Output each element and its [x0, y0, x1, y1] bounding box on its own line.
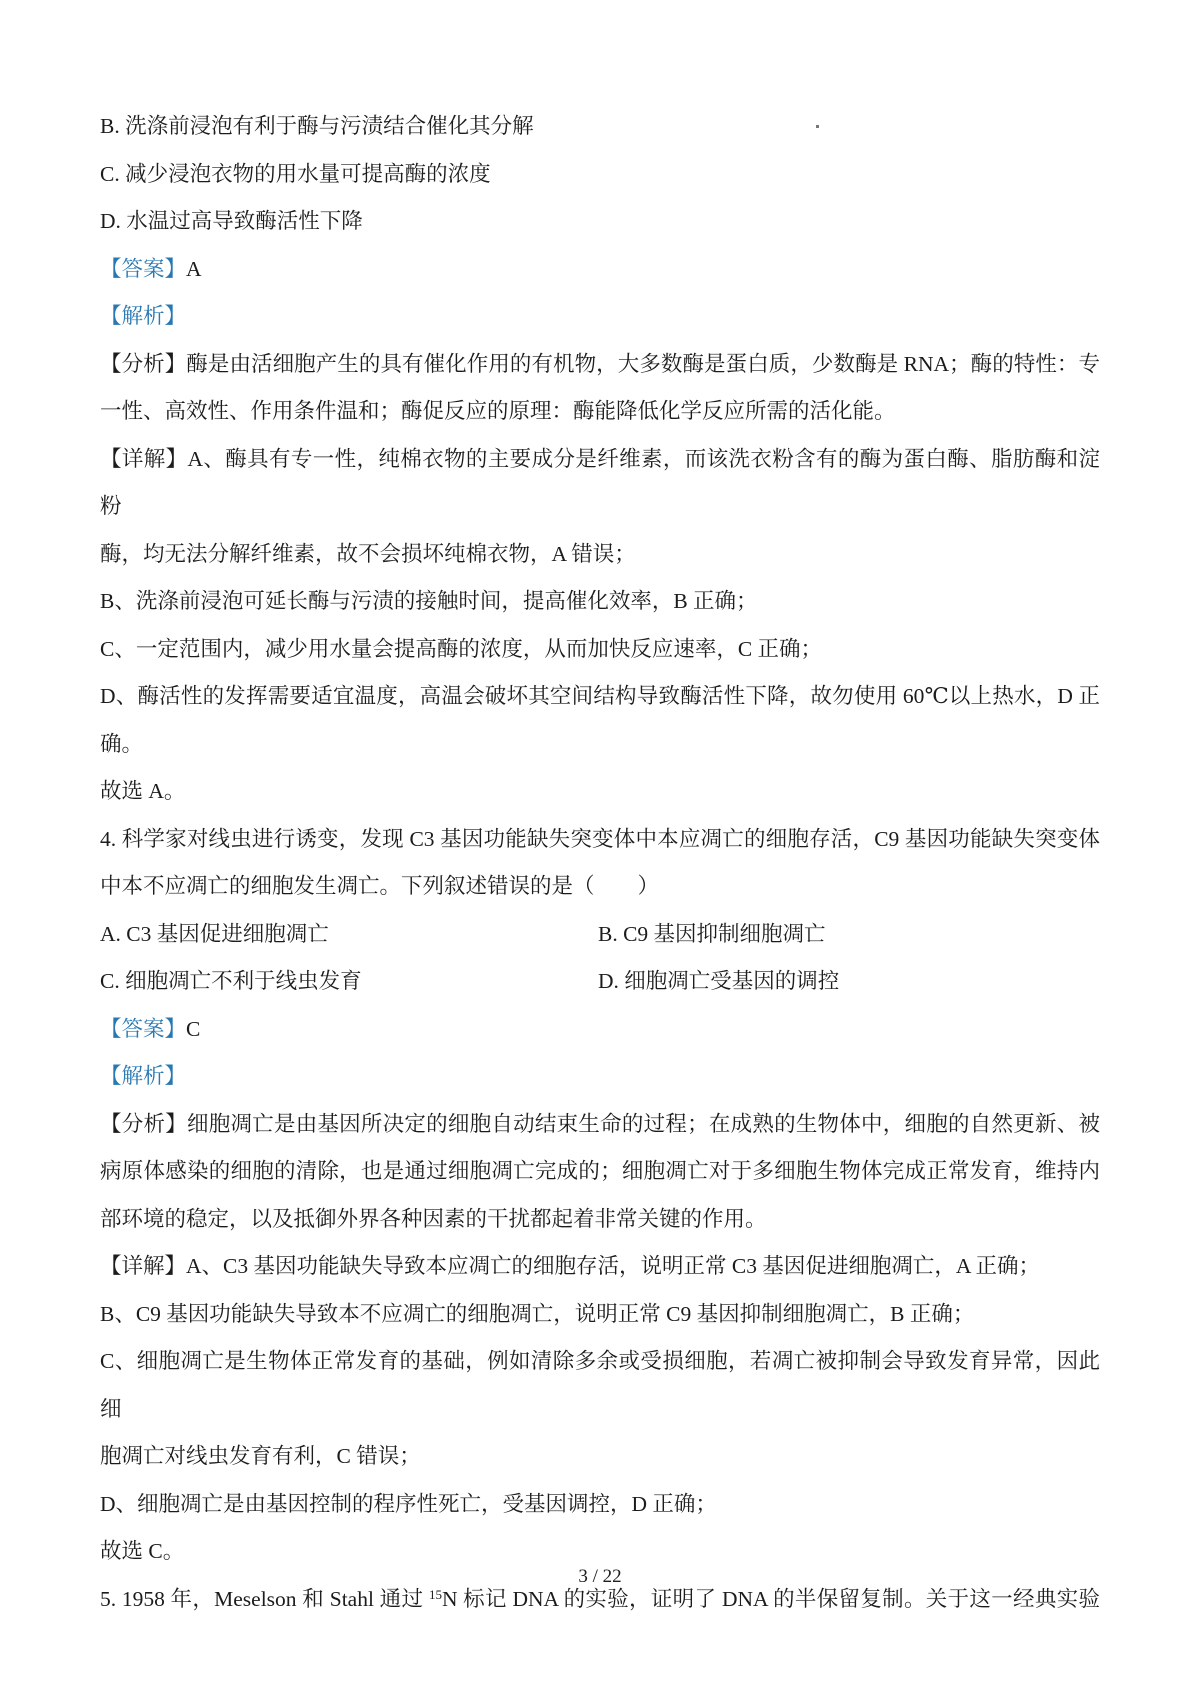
q3-detail-option-c: C、一定范围内，减少用水量会提高酶的浓度，从而加快反应速率，C 正确；	[100, 626, 1100, 674]
q4-option-b: B. C9 基因抑制细胞凋亡	[598, 911, 826, 959]
q3-detail-line-1: 【详解】A、酶具有专一性，纯棉衣物的主要成分是纤维素，而该洗衣粉含有的酶为蛋白酶…	[100, 436, 1100, 531]
q4-analysis-line-1: 【分析】细胞凋亡是由基因所决定的细胞自动结束生命的过程；在成熟的生物体中，细胞的…	[100, 1101, 1100, 1149]
q4-answer: 【答案】C	[100, 1006, 1100, 1054]
text-segment: 【分析】细胞凋亡是由基因所决定的细胞自动结束生命的过程；在成熟的生物体中，细胞的…	[100, 1112, 1100, 1136]
text-segment: B、洗涤前浸泡可延长酶与污渍的接触时间，提高催化效率，B 正确；	[100, 589, 758, 613]
q4-detail-option-b: B、C9 基因功能缺失导致本不应凋亡的细胞凋亡，说明正常 C9 基因抑制细胞凋亡…	[100, 1291, 1100, 1339]
q4-options-row-1: A. C3 基因促进细胞凋亡B. C9 基因抑制细胞凋亡	[100, 911, 1100, 959]
q4-analysis-line-2: 病原体感染的细胞的清除，也是通过细胞凋亡完成的；细胞凋亡对于多细胞生物体完成正常…	[100, 1148, 1100, 1196]
text-segment: D、细胞凋亡是由基因控制的程序性死亡，受基因调控，D 正确；	[100, 1492, 717, 1516]
text-segment: 中本不应凋亡的细胞发生凋亡。下列叙述错误的是（ ）	[100, 874, 659, 898]
q4-analysis-line-3: 部环境的稳定，以及抵御外界各种因素的干扰都起着非常关键的作用。	[100, 1196, 1100, 1244]
q4-jiexi-label: 【解析】	[100, 1053, 1100, 1101]
page-number: 3 / 22	[0, 1566, 1200, 1588]
text-segment: 一性、高效性、作用条件温和；酶促反应的原理：酶能降低化学反应所需的活化能。	[100, 399, 896, 423]
q3-conclusion: 故选 A。	[100, 768, 1100, 816]
q4-detail-option-a: 【详解】A、C3 基因功能缺失导致本应凋亡的细胞存活，说明正常 C3 基因促进细…	[100, 1243, 1100, 1291]
q4-stem-line-1: 4. 科学家对线虫进行诱变，发现 C3 基因功能缺失突变体中本应凋亡的细胞存活，…	[100, 816, 1100, 864]
text-segment: 15	[429, 1587, 442, 1602]
text-segment: 故选 C。	[100, 1539, 184, 1563]
q4-option-a: A. C3 基因促进细胞凋亡	[100, 922, 329, 946]
text-segment: B. C9 基因抑制细胞凋亡	[598, 922, 826, 946]
q3-detail-line-2: 酶，均无法分解纤维素，故不会损坏纯棉衣物，A 错误；	[100, 531, 1100, 579]
q3-analysis-line-1: 【分析】酶是由活细胞产生的具有催化作用的有机物，大多数酶是蛋白质，少数酶是 RN…	[100, 341, 1100, 389]
q4-detail-option-c-line-1: C、细胞凋亡是生物体正常发育的基础，例如清除多余或受损细胞，若凋亡被抑制会导致发…	[100, 1338, 1100, 1433]
text-segment: 【详解】A、C3 基因功能缺失导致本应凋亡的细胞存活，说明正常 C3 基因促进细…	[100, 1254, 1040, 1278]
text-segment: 【解析】	[100, 304, 186, 328]
text-segment: 【解析】	[100, 1064, 186, 1088]
q4-option-c: C. 细胞凋亡不利于线虫发育	[100, 969, 362, 993]
text-segment: D、酶活性的发挥需要适宜温度，高温会破坏其空间结构导致酶活性下降，故勿使用 60…	[100, 684, 1100, 708]
text-segment: N 标记 DNA 的实验，证明了 DNA 的半保留复制。关于这一经典实验	[442, 1587, 1100, 1611]
text-segment: C、一定范围内，减少用水量会提高酶的浓度，从而加快反应速率，C 正确；	[100, 637, 822, 661]
q3-answer: 【答案】A	[100, 246, 1100, 294]
text-segment: C、细胞凋亡是生物体正常发育的基础，例如清除多余或受损细胞，若凋亡被抑制会导致发…	[100, 1349, 1100, 1421]
text-segment: 【答案】	[100, 1017, 186, 1041]
text-segment: 胞凋亡对线虫发育有利，C 错误；	[100, 1444, 421, 1468]
text-segment: D. 水温过高导致酶活性下降	[100, 209, 363, 233]
document-body: B. 洗涤前浸泡有利于酶与污渍结合催化其分解C. 减少浸泡衣物的用水量可提高酶的…	[100, 103, 1100, 1625]
text-segment: 【详解】A、酶具有专一性，纯棉衣物的主要成分是纤维素，而该洗衣粉含有的酶为蛋白酶…	[100, 447, 1100, 519]
q3-detail-option-b: B、洗涤前浸泡可延长酶与污渍的接触时间，提高催化效率，B 正确；	[100, 578, 1100, 626]
text-segment: B、C9 基因功能缺失导致本不应凋亡的细胞凋亡，说明正常 C9 基因抑制细胞凋亡…	[100, 1302, 974, 1326]
q4-options-row-2: C. 细胞凋亡不利于线虫发育D. 细胞凋亡受基因的调控	[100, 958, 1100, 1006]
q4-stem-line-2: 中本不应凋亡的细胞发生凋亡。下列叙述错误的是（ ）	[100, 863, 1100, 911]
q4-option-d: D. 细胞凋亡受基因的调控	[598, 958, 839, 1006]
q3-analysis-line-2: 一性、高效性、作用条件温和；酶促反应的原理：酶能降低化学反应所需的活化能。	[100, 388, 1100, 436]
q3-jiexi-label: 【解析】	[100, 293, 1100, 341]
q3-option-d: D. 水温过高导致酶活性下降	[100, 198, 1100, 246]
text-segment: D. 细胞凋亡受基因的调控	[598, 969, 839, 993]
q4-detail-option-d: D、细胞凋亡是由基因控制的程序性死亡，受基因调控，D 正确；	[100, 1481, 1100, 1529]
text-segment: A	[186, 257, 202, 281]
text-segment: 病原体感染的细胞的清除，也是通过细胞凋亡完成的；细胞凋亡对于多细胞生物体完成正常…	[100, 1159, 1100, 1183]
q3-detail-option-d-line-2: 确。	[100, 721, 1100, 769]
text-segment: 酶，均无法分解纤维素，故不会损坏纯棉衣物，A 错误；	[100, 542, 636, 566]
text-segment: 部环境的稳定，以及抵御外界各种因素的干扰都起着非常关键的作用。	[100, 1207, 767, 1231]
text-segment: 4. 科学家对线虫进行诱变，发现 C3 基因功能缺失突变体中本应凋亡的细胞存活，…	[100, 827, 1100, 851]
text-segment: 【分析】酶是由活细胞产生的具有催化作用的有机物，大多数酶是蛋白质，少数酶是 RN…	[100, 352, 1100, 376]
document-page: B. 洗涤前浸泡有利于酶与污渍结合催化其分解C. 减少浸泡衣物的用水量可提高酶的…	[0, 0, 1200, 1697]
text-segment: 确。	[100, 732, 143, 756]
text-segment: C. 细胞凋亡不利于线虫发育	[100, 969, 362, 993]
text-segment: C. 减少浸泡衣物的用水量可提高酶的浓度	[100, 162, 491, 186]
q3-option-b: B. 洗涤前浸泡有利于酶与污渍结合催化其分解	[100, 103, 1100, 151]
text-segment: 【答案】	[100, 257, 186, 281]
text-segment: 故选 A。	[100, 779, 185, 803]
text-segment: B. 洗涤前浸泡有利于酶与污渍结合催化其分解	[100, 114, 534, 138]
q3-detail-option-d-line-1: D、酶活性的发挥需要适宜温度，高温会破坏其空间结构导致酶活性下降，故勿使用 60…	[100, 673, 1100, 721]
q3-option-c: C. 减少浸泡衣物的用水量可提高酶的浓度	[100, 151, 1100, 199]
text-segment: 5. 1958 年，Meselson 和 Stahl 通过	[100, 1587, 429, 1611]
q4-detail-option-c-line-2: 胞凋亡对线虫发育有利，C 错误；	[100, 1433, 1100, 1481]
text-segment: C	[186, 1017, 200, 1041]
text-segment: A. C3 基因促进细胞凋亡	[100, 922, 329, 946]
